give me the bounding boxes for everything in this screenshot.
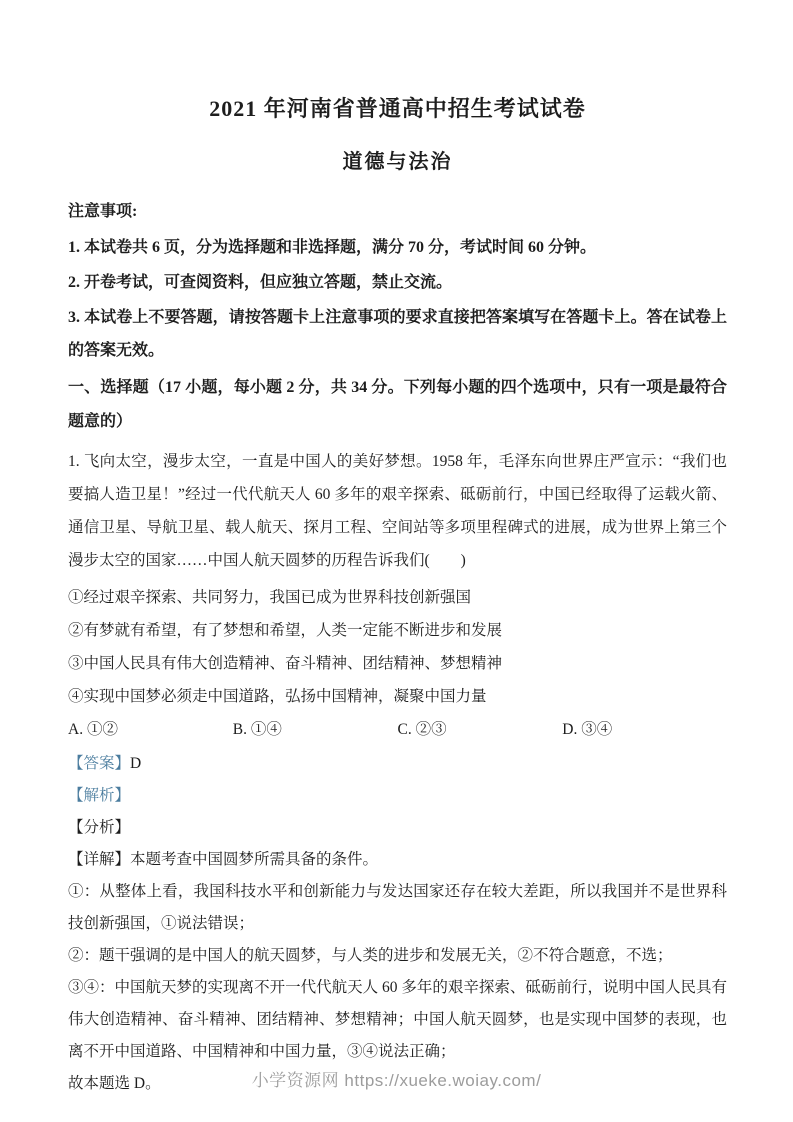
footer-site-name: 小学资源网 xyxy=(252,1071,340,1090)
detail-paragraph: ①：从整体上看，我国科技水平和创新能力与发达国家还存在较大差距，所以我国并不是世… xyxy=(68,876,727,940)
detail-paragraph: 【详解】本题考查中国圆梦所需具备的条件。 xyxy=(68,844,727,876)
question-statements: ①经过艰辛探索、共同努力，我国已成为世界科技创新强国 ②有梦就有希望，有了梦想和… xyxy=(68,581,727,713)
page-subtitle: 道德与法治 xyxy=(68,145,727,174)
question-statement: ③中国人民具有伟大创造精神、奋斗精神、团结精神、梦想精神 xyxy=(68,647,727,680)
option-c: C. ②③ xyxy=(398,713,563,746)
analysis-label: 【分析】 xyxy=(68,819,130,836)
option-d-label: D. xyxy=(562,721,577,738)
notice-heading: 注意事项: xyxy=(68,198,727,221)
footer-url: https://xueke.woiay.com/ xyxy=(344,1071,541,1090)
option-d-text: ③④ xyxy=(581,721,612,738)
page-title: 2021 年河南省普通高中招生考试试卷 xyxy=(68,92,727,123)
question-statement: ④实现中国梦必须走中国道路，弘扬中国精神，凝聚中国力量 xyxy=(68,680,727,713)
document-page: 2021 年河南省普通高中招生考试试卷 道德与法治 注意事项: 1. 本试卷共 … xyxy=(0,0,793,1122)
notice-item: 3. 本试卷上不要答题，请按答题卡上注意事项的要求直接把答案填写在答题卡上。答在… xyxy=(68,301,727,367)
analysis-line: 【分析】 xyxy=(68,812,727,843)
detail-paragraph: ③④：中国航天梦的实现离不开一代代航天人 60 多年的艰辛探索、砥砺前行，说明中… xyxy=(68,972,727,1068)
answer-line: 【答案】D xyxy=(68,748,727,779)
footer-credit: 小学资源网 https://xueke.woiay.com/ xyxy=(0,1066,793,1091)
question-statement: ①经过艰辛探索、共同努力，我国已成为世界科技创新强国 xyxy=(68,581,727,614)
option-a: A. ①② xyxy=(68,713,233,746)
notice-item: 1. 本试卷共 6 页，分为选择题和非选择题，满分 70 分，考试时间 60 分… xyxy=(68,231,727,264)
detail-paragraph: ②：题干强调的是中国人的航天圆梦，与人类的进步和发展无关，②不符合题意，不选； xyxy=(68,940,727,972)
options-row: A. ①② B. ①④ C. ②③ D. ③④ xyxy=(68,713,727,746)
option-c-text: ②③ xyxy=(416,721,447,738)
notice-item: 2. 开卷考试，可查阅资料，但应独立答题，禁止交流。 xyxy=(68,266,727,299)
question-statement: ②有梦就有希望，有了梦想和希望，人类一定能不断进步和发展 xyxy=(68,614,727,647)
answer-value: D xyxy=(130,755,141,772)
option-c-label: C. xyxy=(398,721,412,738)
page-content: 2021 年河南省普通高中招生考试试卷 道德与法治 注意事项: 1. 本试卷共 … xyxy=(0,0,793,1100)
option-a-label: A. xyxy=(68,721,83,738)
explanation-label: 【解析】 xyxy=(68,787,130,804)
option-a-text: ①② xyxy=(87,721,118,738)
option-b-text: ①④ xyxy=(251,721,282,738)
section-heading: 一、选择题（17 小题，每小题 2 分，共 34 分。下列每小题的四个选项中，只… xyxy=(68,371,727,439)
option-b: B. ①④ xyxy=(233,713,398,746)
option-d: D. ③④ xyxy=(562,713,727,746)
question-stem: 1. 飞向太空，漫步太空，一直是中国人的美好梦想。1958 年，毛泽东向世界庄严… xyxy=(68,445,727,577)
option-b-label: B. xyxy=(233,721,247,738)
explanation-line: 【解析】 xyxy=(68,780,727,811)
answer-label: 【答案】 xyxy=(68,755,130,772)
